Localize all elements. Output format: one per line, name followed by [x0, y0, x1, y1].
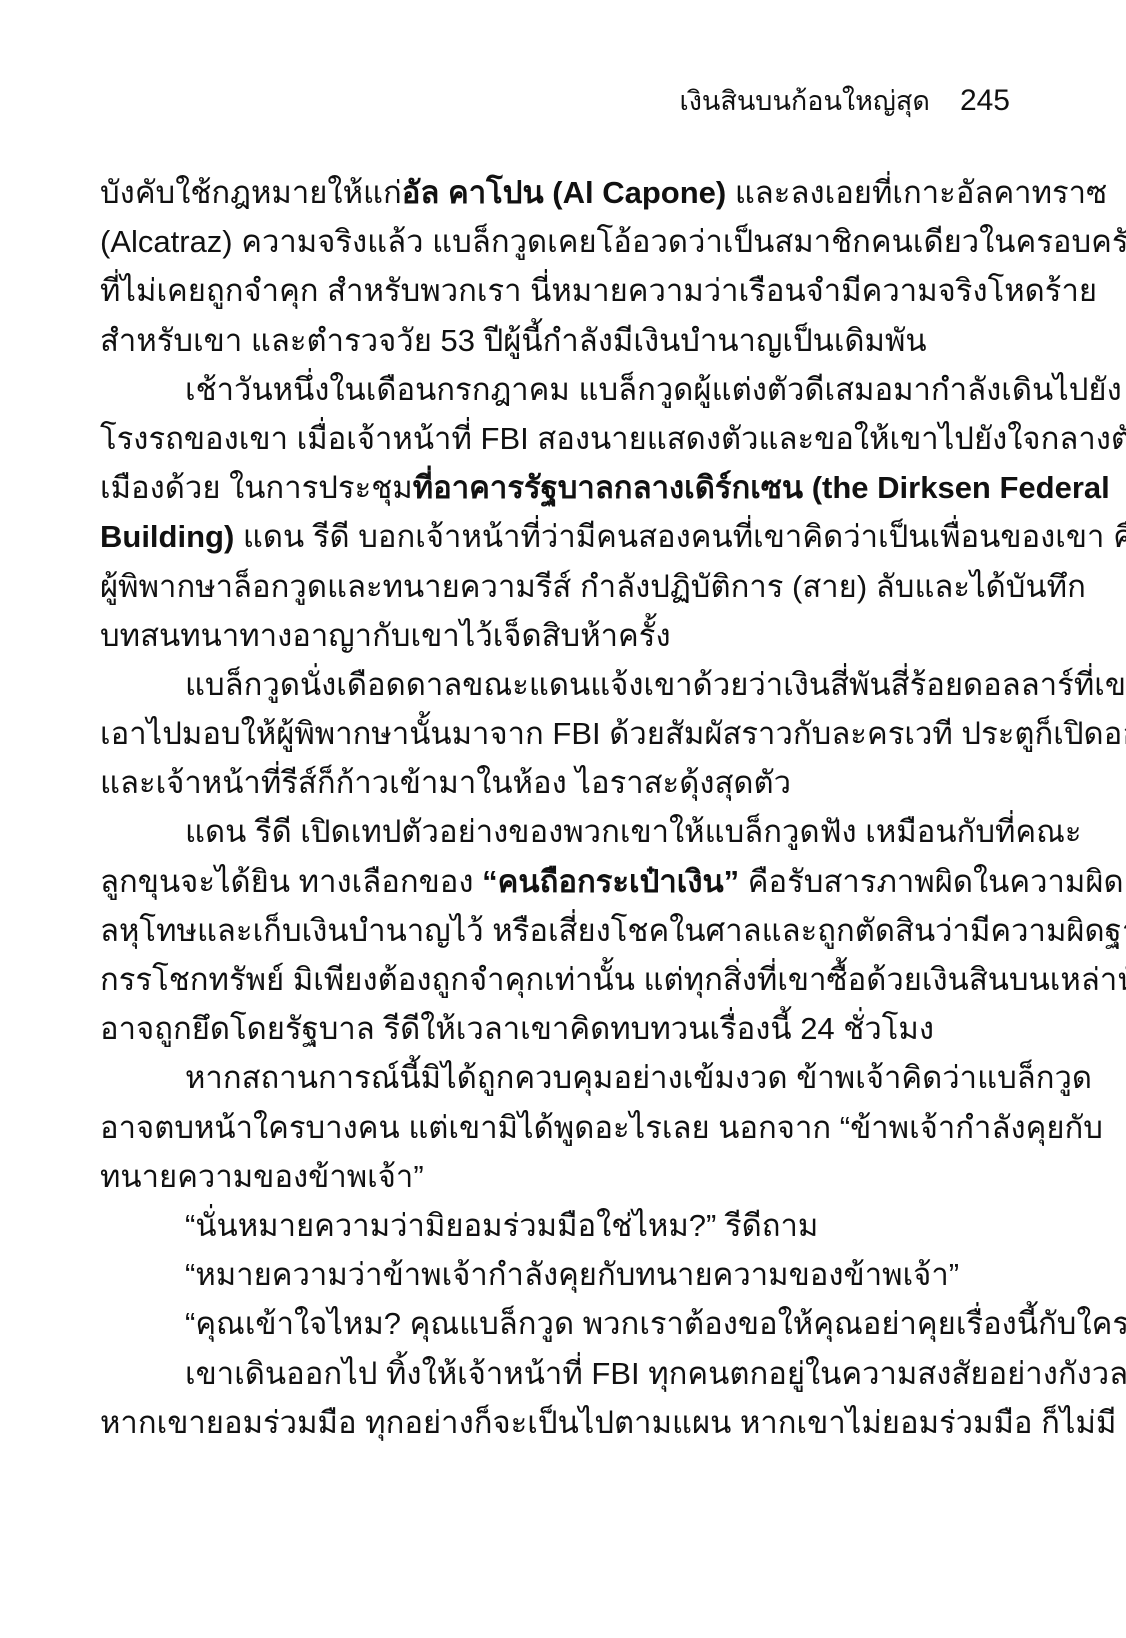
text-line: เขาเดินออกไป ทิ้งให้เจ้าหน้าที่ FBI ทุกค… — [100, 1349, 1010, 1398]
text-line: ผู้พิพากษาล็อกวูดและทนายความรีส์ กำลังปฏ… — [100, 562, 1010, 611]
text-line: “หมายความว่าข้าพเจ้ากำลังคุยกับทนายความข… — [100, 1250, 1010, 1299]
text-line: “คุณเข้าใจไหม? คุณแบล็กวูด พวกเราต้องขอใ… — [100, 1299, 1010, 1348]
bold-segment: อัล คาโปน (Al Capone) — [402, 175, 726, 210]
text-line: กรรโชกทรัพย์ มิเพียงต้องถูกจำคุกเท่านั้น… — [100, 955, 1010, 1004]
text-line: บังคับใช้กฎหมายให้แก่อัล คาโปน (Al Capon… — [100, 168, 1010, 217]
text-segment: หากเขายอมร่วมมือ ทุกอย่างก็จะเป็นไปตามแผ… — [100, 1405, 1116, 1440]
text-segment: “นั่นหมายความว่ามิยอมร่วมมือใช่ไหม?” รีด… — [185, 1208, 818, 1243]
text-segment: หากสถานการณ์นี้มิได้ถูกควบคุมอย่างเข้มงว… — [185, 1060, 1092, 1095]
text-segment: สำหรับเขา และตำรวจวัย 53 ปีผู้นี้กำลังมี… — [100, 323, 927, 358]
text-line: เอาไปมอบให้ผู้พิพากษานั้นมาจาก FBI ด้วยส… — [100, 709, 1010, 758]
text-segment: เขาเดินออกไป ทิ้งให้เจ้าหน้าที่ FBI ทุกค… — [185, 1356, 1126, 1391]
text-line: หากสถานการณ์นี้มิได้ถูกควบคุมอย่างเข้มงว… — [100, 1053, 1010, 1102]
text-line: และเจ้าหน้าที่รีส์ก็ก้าวเข้ามาในห้อง ไอร… — [100, 758, 1010, 807]
text-line: แดน รีดี เปิดเทปตัวอย่างของพวกเขาให้แบล็… — [100, 807, 1010, 856]
text-line: “นั่นหมายความว่ามิยอมร่วมมือใช่ไหม?” รีด… — [100, 1201, 1010, 1250]
text-segment: บังคับใช้กฎหมายให้แก่ — [100, 175, 402, 210]
book-page: เงินสินบนก้อนใหญ่สุด245 บังคับใช้กฎหมายใ… — [0, 0, 1126, 1638]
text-segment: ผู้พิพากษาล็อกวูดและทนายความรีส์ กำลังปฏ… — [100, 569, 1086, 604]
running-title: เงินสินบนก้อนใหญ่สุด — [680, 86, 930, 116]
text-line: (Alcatraz) ความจริงแล้ว แบล็กวูดเคยโอ้อว… — [100, 217, 1010, 266]
text-line: ลหุโทษและเก็บเงินบำนาญไว้ หรือเสี่ยงโชคใ… — [100, 906, 1010, 955]
text-segment: เช้าวันหนึ่งในเดือนกรกฎาคม แบล็กวูดผู้แต… — [185, 372, 1122, 407]
text-line: โรงรถของเขา เมื่อเจ้าหน้าที่ FBI สองนายแ… — [100, 414, 1010, 463]
page-header: เงินสินบนก้อนใหญ่สุด245 — [100, 84, 1010, 118]
text-line: ลูกขุนจะได้ยิน ทางเลือกของ “คนถือกระเป๋า… — [100, 857, 1010, 906]
text-segment: (Alcatraz) ความจริงแล้ว แบล็กวูดเคยโอ้อว… — [100, 224, 1126, 259]
text-segment: “คุณเข้าใจไหม? คุณแบล็กวูด พวกเราต้องขอใ… — [185, 1306, 1126, 1341]
text-segment: และลงเอยที่เกาะอัลคาทราซ — [726, 175, 1107, 210]
text-segment: ลูกขุนจะได้ยิน ทางเลือกของ — [100, 864, 482, 899]
text-segment: อาจตบหน้าใครบางคน แต่เขามิได้พูดอะไรเลย … — [100, 1110, 1103, 1145]
text-line: สำหรับเขา และตำรวจวัย 53 ปีผู้นี้กำลังมี… — [100, 316, 1010, 365]
text-segment: บทสนทนาทางอาญากับเขาไว้เจ็ดสิบห้าครั้ง — [100, 618, 671, 653]
page-number: 245 — [960, 84, 1010, 118]
text-line: ที่ไม่เคยถูกจำคุก สำหรับพวกเรา นี่หมายคว… — [100, 266, 1010, 315]
text-segment: เมืองด้วย ในการประชุม — [100, 470, 413, 505]
text-segment: เอาไปมอบให้ผู้พิพากษานั้นมาจาก FBI ด้วยส… — [100, 716, 1126, 751]
text-segment: โรงรถของเขา เมื่อเจ้าหน้าที่ FBI สองนายแ… — [100, 421, 1126, 456]
text-line: อาจถูกยึดโดยรัฐบาล รีดีให้เวลาเขาคิดทบทว… — [100, 1004, 1010, 1053]
text-segment: ลหุโทษและเก็บเงินบำนาญไว้ หรือเสี่ยงโชคใ… — [100, 913, 1126, 948]
bold-segment: ที่อาคารรัฐบาลกลางเดิร์กเซน (the Dirksen… — [413, 470, 1110, 505]
text-segment: แดน รีดี บอกเจ้าหน้าที่ว่ามีคนสองคนที่เข… — [234, 519, 1126, 554]
text-segment: อาจถูกยึดโดยรัฐบาล รีดีให้เวลาเขาคิดทบทว… — [100, 1011, 934, 1046]
text-segment: และเจ้าหน้าที่รีส์ก็ก้าวเข้ามาในห้อง ไอร… — [100, 765, 791, 800]
bold-segment: Building) — [100, 519, 234, 554]
text-segment: คือรับสารภาพผิดในความผิด — [739, 864, 1123, 899]
text-line: แบล็กวูดนั่งเดือดดาลขณะแดนแจ้งเขาด้วยว่า… — [100, 660, 1010, 709]
text-line: ทนายความของข้าพเจ้า” — [100, 1152, 1010, 1201]
text-line: หากเขายอมร่วมมือ ทุกอย่างก็จะเป็นไปตามแผ… — [100, 1398, 1010, 1447]
text-line: บทสนทนาทางอาญากับเขาไว้เจ็ดสิบห้าครั้ง — [100, 611, 1010, 660]
text-segment: แบล็กวูดนั่งเดือดดาลขณะแดนแจ้งเขาด้วยว่า… — [185, 667, 1126, 702]
text-segment: ทนายความของข้าพเจ้า” — [100, 1159, 424, 1194]
text-line: เมืองด้วย ในการประชุมที่อาคารรัฐบาลกลางเ… — [100, 463, 1010, 512]
text-line: เช้าวันหนึ่งในเดือนกรกฎาคม แบล็กวูดผู้แต… — [100, 365, 1010, 414]
text-segment: ที่ไม่เคยถูกจำคุก สำหรับพวกเรา นี่หมายคว… — [100, 273, 1097, 308]
body-text: บังคับใช้กฎหมายให้แก่อัล คาโปน (Al Capon… — [100, 168, 1010, 1447]
text-segment: “หมายความว่าข้าพเจ้ากำลังคุยกับทนายความข… — [185, 1257, 959, 1292]
text-segment: กรรโชกทรัพย์ มิเพียงต้องถูกจำคุกเท่านั้น… — [100, 962, 1126, 997]
bold-segment: “คนถือกระเป๋าเงิน” — [482, 864, 739, 899]
text-line: อาจตบหน้าใครบางคน แต่เขามิได้พูดอะไรเลย … — [100, 1103, 1010, 1152]
text-segment: แดน รีดี เปิดเทปตัวอย่างของพวกเขาให้แบล็… — [185, 814, 1082, 849]
text-line: Building) แดน รีดี บอกเจ้าหน้าที่ว่ามีคน… — [100, 512, 1010, 561]
